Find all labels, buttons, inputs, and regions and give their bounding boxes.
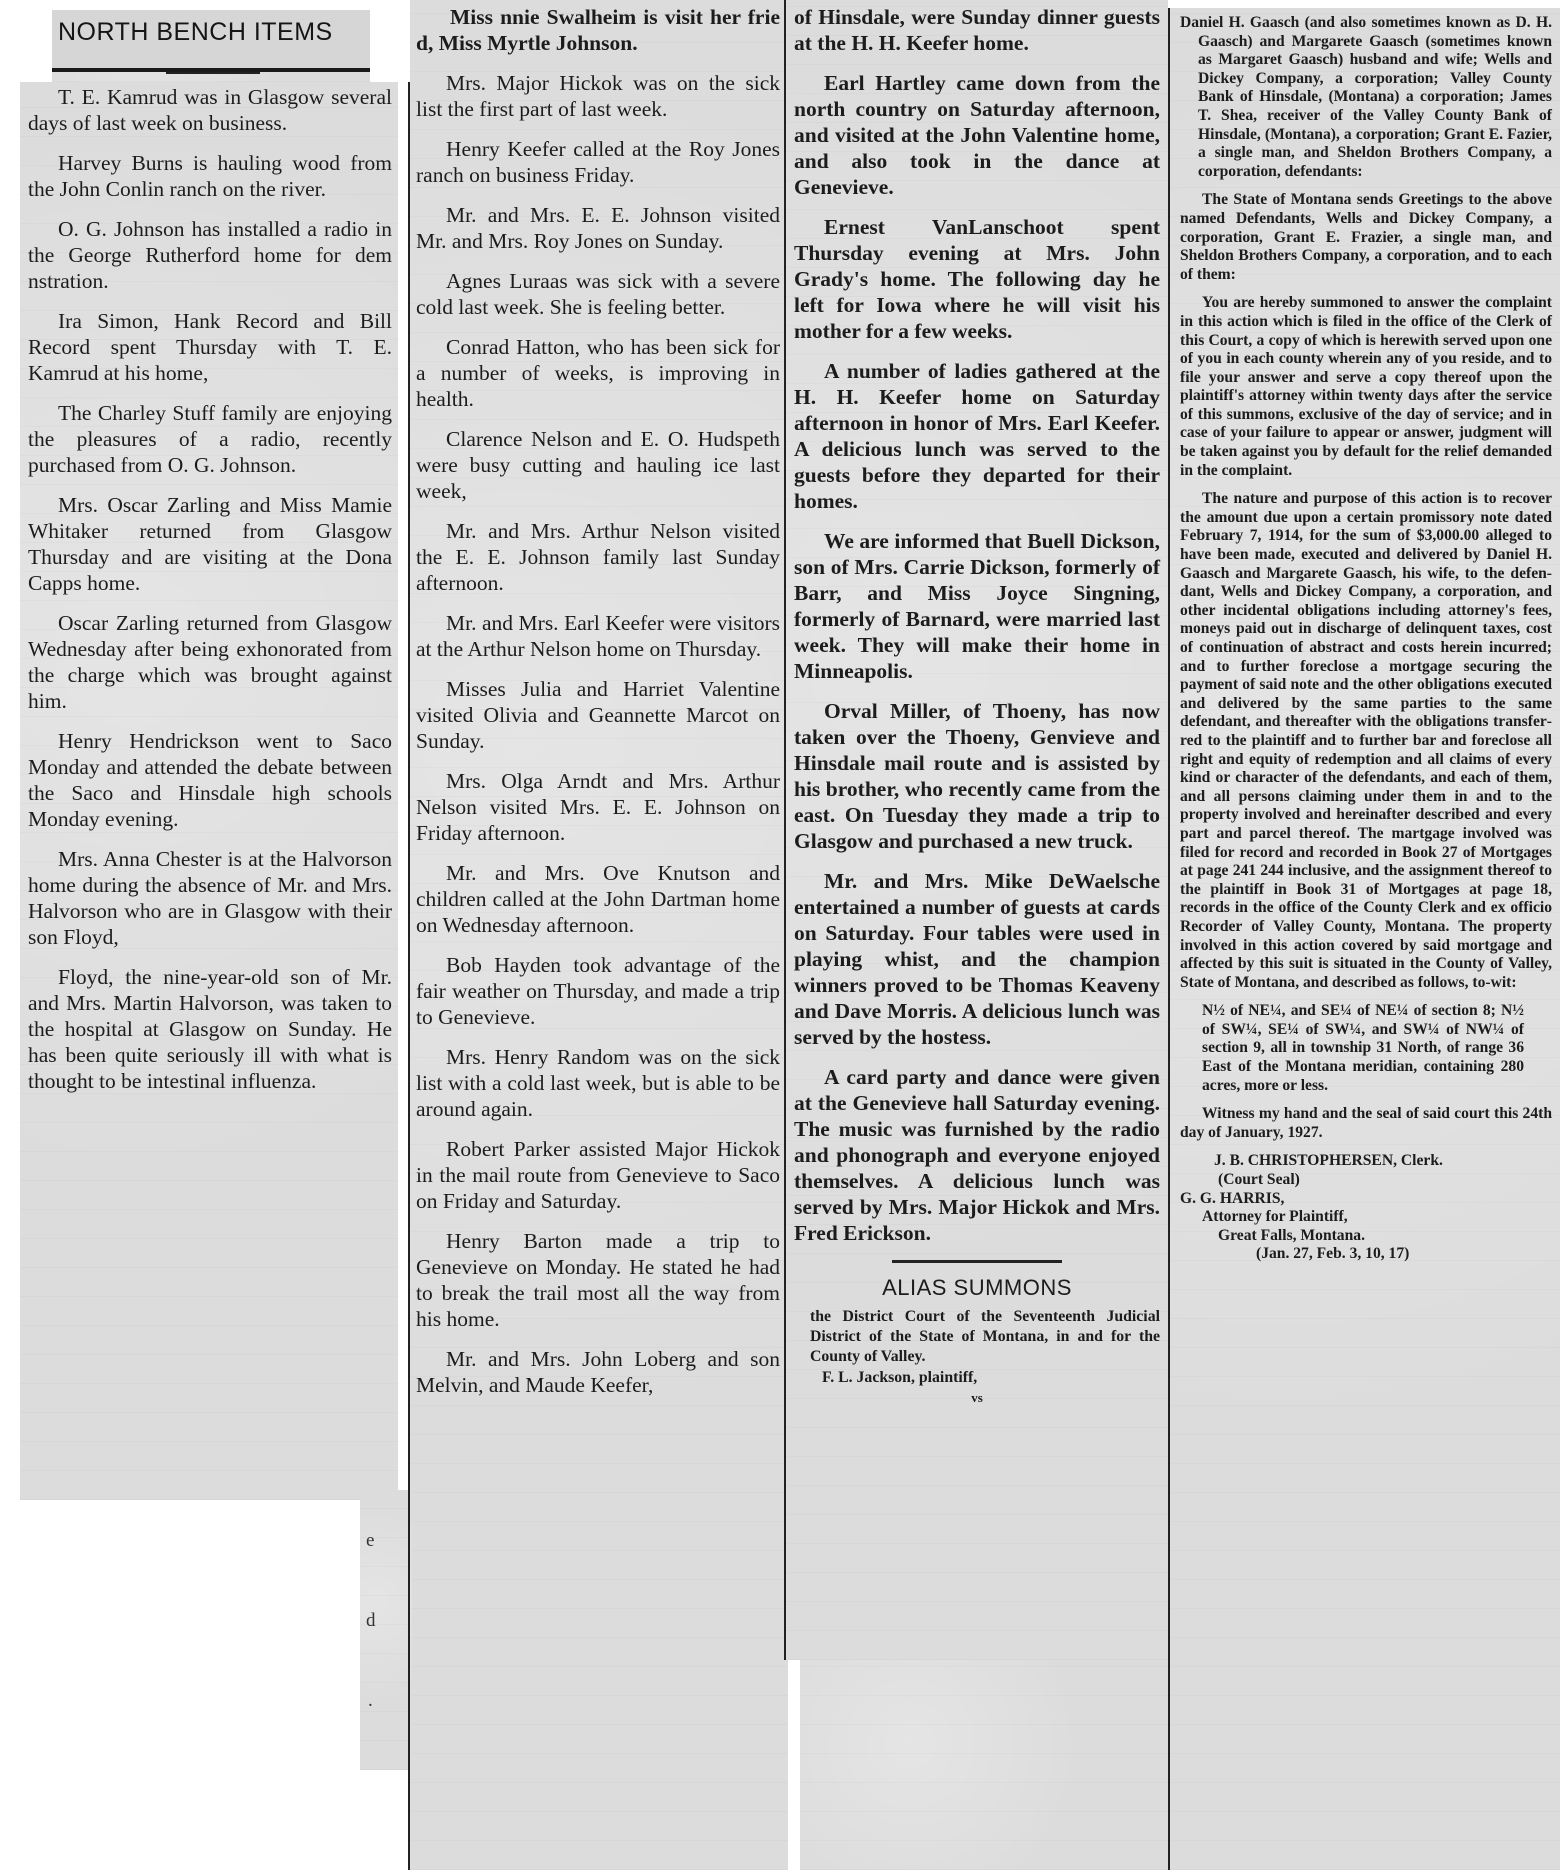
news-item: Mr. and Mrs. Earl Keefer were visitors a… [416, 610, 780, 662]
news-item: Oscar Zarling returned from Glasgow Wedn… [28, 610, 392, 714]
clerk-signature: J. B. CHRISTOPHERSEN, Clerk. [1180, 1152, 1552, 1171]
news-item: Mrs. Olga Arndt and Mrs. Ar­thur Nelson … [416, 768, 780, 846]
news-item: Conrad Hatton, who has been sick for a n… [416, 334, 780, 412]
news-item: Mr. and Mrs. Arthur Nelson visited the E… [416, 518, 780, 596]
column-rule [408, 82, 410, 1870]
witness-statement: Witness my hand and the seal of said cou… [1180, 1105, 1552, 1142]
news-item: Henry Hendrickson went to Saco Monday an… [28, 728, 392, 832]
news-item: Mr. and Mrs. Ove Knutson and children ca… [416, 860, 780, 938]
column-1: T. E. Kamrud was in Glasgow several days… [28, 84, 392, 1108]
legal-paragraph: You are hereby summoned to answer the co… [1180, 294, 1552, 480]
news-item: Robert Parker assisted Major Hickok in t… [416, 1136, 780, 1214]
plaintiff-line: F. L. Jackson, plaintiff, [794, 1367, 1160, 1389]
news-item: Miss nnie Swalheim is visit­ her frie d,… [416, 4, 780, 56]
news-item: T. E. Kamrud was in Glasgow several days… [28, 84, 392, 136]
news-item: Orval Miller, of Thoeny, has now taken o… [794, 698, 1160, 854]
summons-title: ALIAS SUMMONS [794, 1275, 1160, 1301]
column-2: Miss nnie Swalheim is visit­ her frie d,… [416, 4, 780, 1412]
news-item: Misses Julia and Harriet Val­entine visi… [416, 676, 780, 754]
court-seal: (Court Seal) [1180, 1171, 1552, 1190]
news-item: of Hinsdale, were Sunday dinner guests a… [794, 4, 1160, 56]
news-item: Harvey Burns is hauling wood from the Jo… [28, 150, 392, 202]
news-item: Mr. and Mrs. Mike DeWaelsche entertained… [794, 868, 1160, 1050]
news-item: Mrs. Henry Random was on the sick list w… [416, 1044, 780, 1122]
news-item: Agnes Luraas was sick with a severe cold… [416, 268, 780, 320]
versus-label: vs [794, 1389, 1160, 1407]
news-item: Earl Hartley came down from the north co… [794, 70, 1160, 200]
news-item: The Charley Stuff family are enjoying th… [28, 400, 392, 478]
legal-paragraph: The nature and purpose of this action is… [1180, 490, 1552, 992]
legal-paragraph: The State of Montana sends Greetings to … [1180, 191, 1552, 284]
land-description: N½ of NE¼, and SE¼ of NE¼ of section 8; … [1180, 1002, 1552, 1095]
masthead: NORTH BENCH ITEMS [52, 10, 370, 72]
court-caption: the District Court of the Seven­teenth J… [794, 1307, 1160, 1367]
attorney-city: Great Falls, Montana. [1180, 1227, 1552, 1246]
column-4: Daniel H. Gaasch (and also sometimes kno… [1180, 14, 1552, 1264]
news-item: Mr. and Mrs. E. E. Johnson visited Mr. a… [416, 202, 780, 254]
news-item: Henry Keefer called at the Roy Jones ran… [416, 136, 780, 188]
news-item: Mr. and Mrs. John Loberg and son Melvin,… [416, 1346, 780, 1398]
attorney-name: G. G. HARRIS, [1180, 1190, 1552, 1209]
news-item: Clarence Nelson and E. O. Hudspeth were … [416, 426, 780, 504]
news-item: Floyd, the nine-year-old son of Mr. and … [28, 964, 392, 1094]
news-item: Ernest VanLanschoot spent Thursday eveni… [794, 214, 1160, 344]
news-item: Henry Barton made a trip to Genevieve on… [416, 1228, 780, 1332]
news-item: We are informed that Buell Dickson, son … [794, 528, 1160, 684]
news-item: Ira Simon, Hank Record and Bill Record s… [28, 308, 392, 386]
news-item: A card party and dance were given at the… [794, 1064, 1160, 1246]
news-item: Mrs. Anna Chester is at the Halvorson ho… [28, 846, 392, 950]
summons-rule [892, 1260, 1062, 1263]
clip-col3-summons [800, 1660, 1168, 1870]
column-3: of Hinsdale, were Sunday dinner guests a… [794, 4, 1160, 1407]
fragment-text: . [368, 1690, 373, 1712]
news-item: Mrs. Oscar Zarling and Miss Mamie Whitak… [28, 492, 392, 596]
news-item: O. G. Johnson has installed a radio in t… [28, 216, 392, 294]
column-rule [1168, 8, 1170, 1870]
news-item: A number of ladies gathered at the H. H.… [794, 358, 1160, 514]
fragment-text: d [366, 1610, 376, 1632]
news-item: Bob Hayden took advantage of the fair we… [416, 952, 780, 1030]
masthead-rule [166, 72, 260, 74]
fragment-text: e [366, 1530, 374, 1552]
column-rule [784, 0, 786, 1660]
news-item: Mrs. Major Hickok was on the sick list t… [416, 70, 780, 122]
attorney-role: Attorney for Plaintiff, [1180, 1208, 1552, 1227]
section-title: NORTH BENCH ITEMS [58, 18, 333, 47]
publication-dates: (Jan. 27, Feb. 3, 10, 17) [1180, 1245, 1552, 1264]
defendants-list: Daniel H. Gaasch (and also sometimes kno… [1180, 14, 1552, 181]
